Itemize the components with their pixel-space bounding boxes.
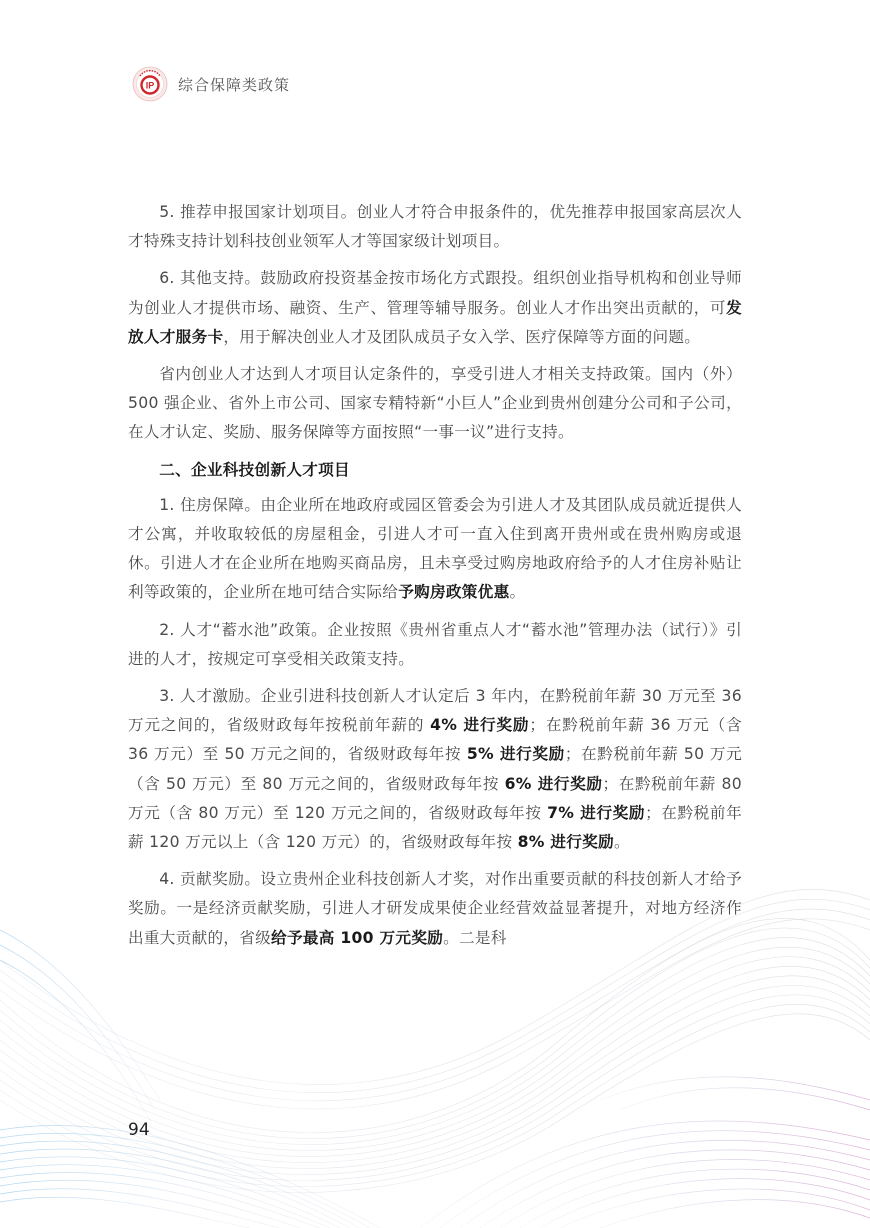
page-number: 94 xyxy=(128,1120,150,1140)
highlight-reward-8pct: 8% 进行奖励 xyxy=(518,833,614,851)
paragraph-other-support: 6. 其他支持。鼓励政府投资基金按市场化方式跟投。组织创业指导机构和创业导师为创… xyxy=(128,264,742,352)
highlight-max-reward: 给予最高 100 万元奖励 xyxy=(271,929,443,947)
section-heading-tech-innovation: 二、企业科技创新人才项目 xyxy=(128,456,742,485)
highlight-reward-4pct: 4% 进行奖励 xyxy=(430,716,529,734)
paragraph-talent-incentive: 3. 人才激励。企业引进科技创新人才认定后 3 年内，在黔税前年薪 30 万元至… xyxy=(128,682,742,857)
paragraph-talent-reservoir: 2. 人才“蓄水池”政策。企业按照《贵州省重点人才“蓄水池”管理办法（试行）》引… xyxy=(128,616,742,674)
guizhou-talent-emblem-icon: IP xyxy=(132,66,168,102)
paragraph-provincial-talent: 省内创业人才达到人才项目认定条件的，享受引进人才相关支持政策。国内（外）500 … xyxy=(128,360,742,448)
paragraph-housing: 1. 住房保障。由企业所在地政府或园区管委会为引进人才及其团队成员就近提供人才公… xyxy=(128,491,742,608)
page-header: IP 综合保障类政策 xyxy=(132,66,290,102)
paragraph-national-program: 5. 推荐申报国家计划项目。创业人才符合申报条件的，优先推荐申报国家高层次人才特… xyxy=(128,198,742,256)
section-title: 综合保障类政策 xyxy=(178,74,290,95)
highlight-reward-7pct: 7% 进行奖励 xyxy=(547,804,645,822)
highlight-housing-preference: 予购房政策优惠 xyxy=(398,583,509,601)
paragraph-contribution-reward: 4. 贡献奖励。设立贵州企业科技创新人才奖，对作出重要贡献的科技创新人才给予奖励… xyxy=(128,865,742,953)
highlight-reward-6pct: 6% 进行奖励 xyxy=(505,775,603,793)
svg-text:IP: IP xyxy=(146,81,155,91)
highlight-reward-5pct: 5% 进行奖励 xyxy=(467,745,565,763)
document-body: 5. 推荐申报国家计划项目。创业人才符合申报条件的，优先推荐申报国家高层次人才特… xyxy=(128,198,742,961)
